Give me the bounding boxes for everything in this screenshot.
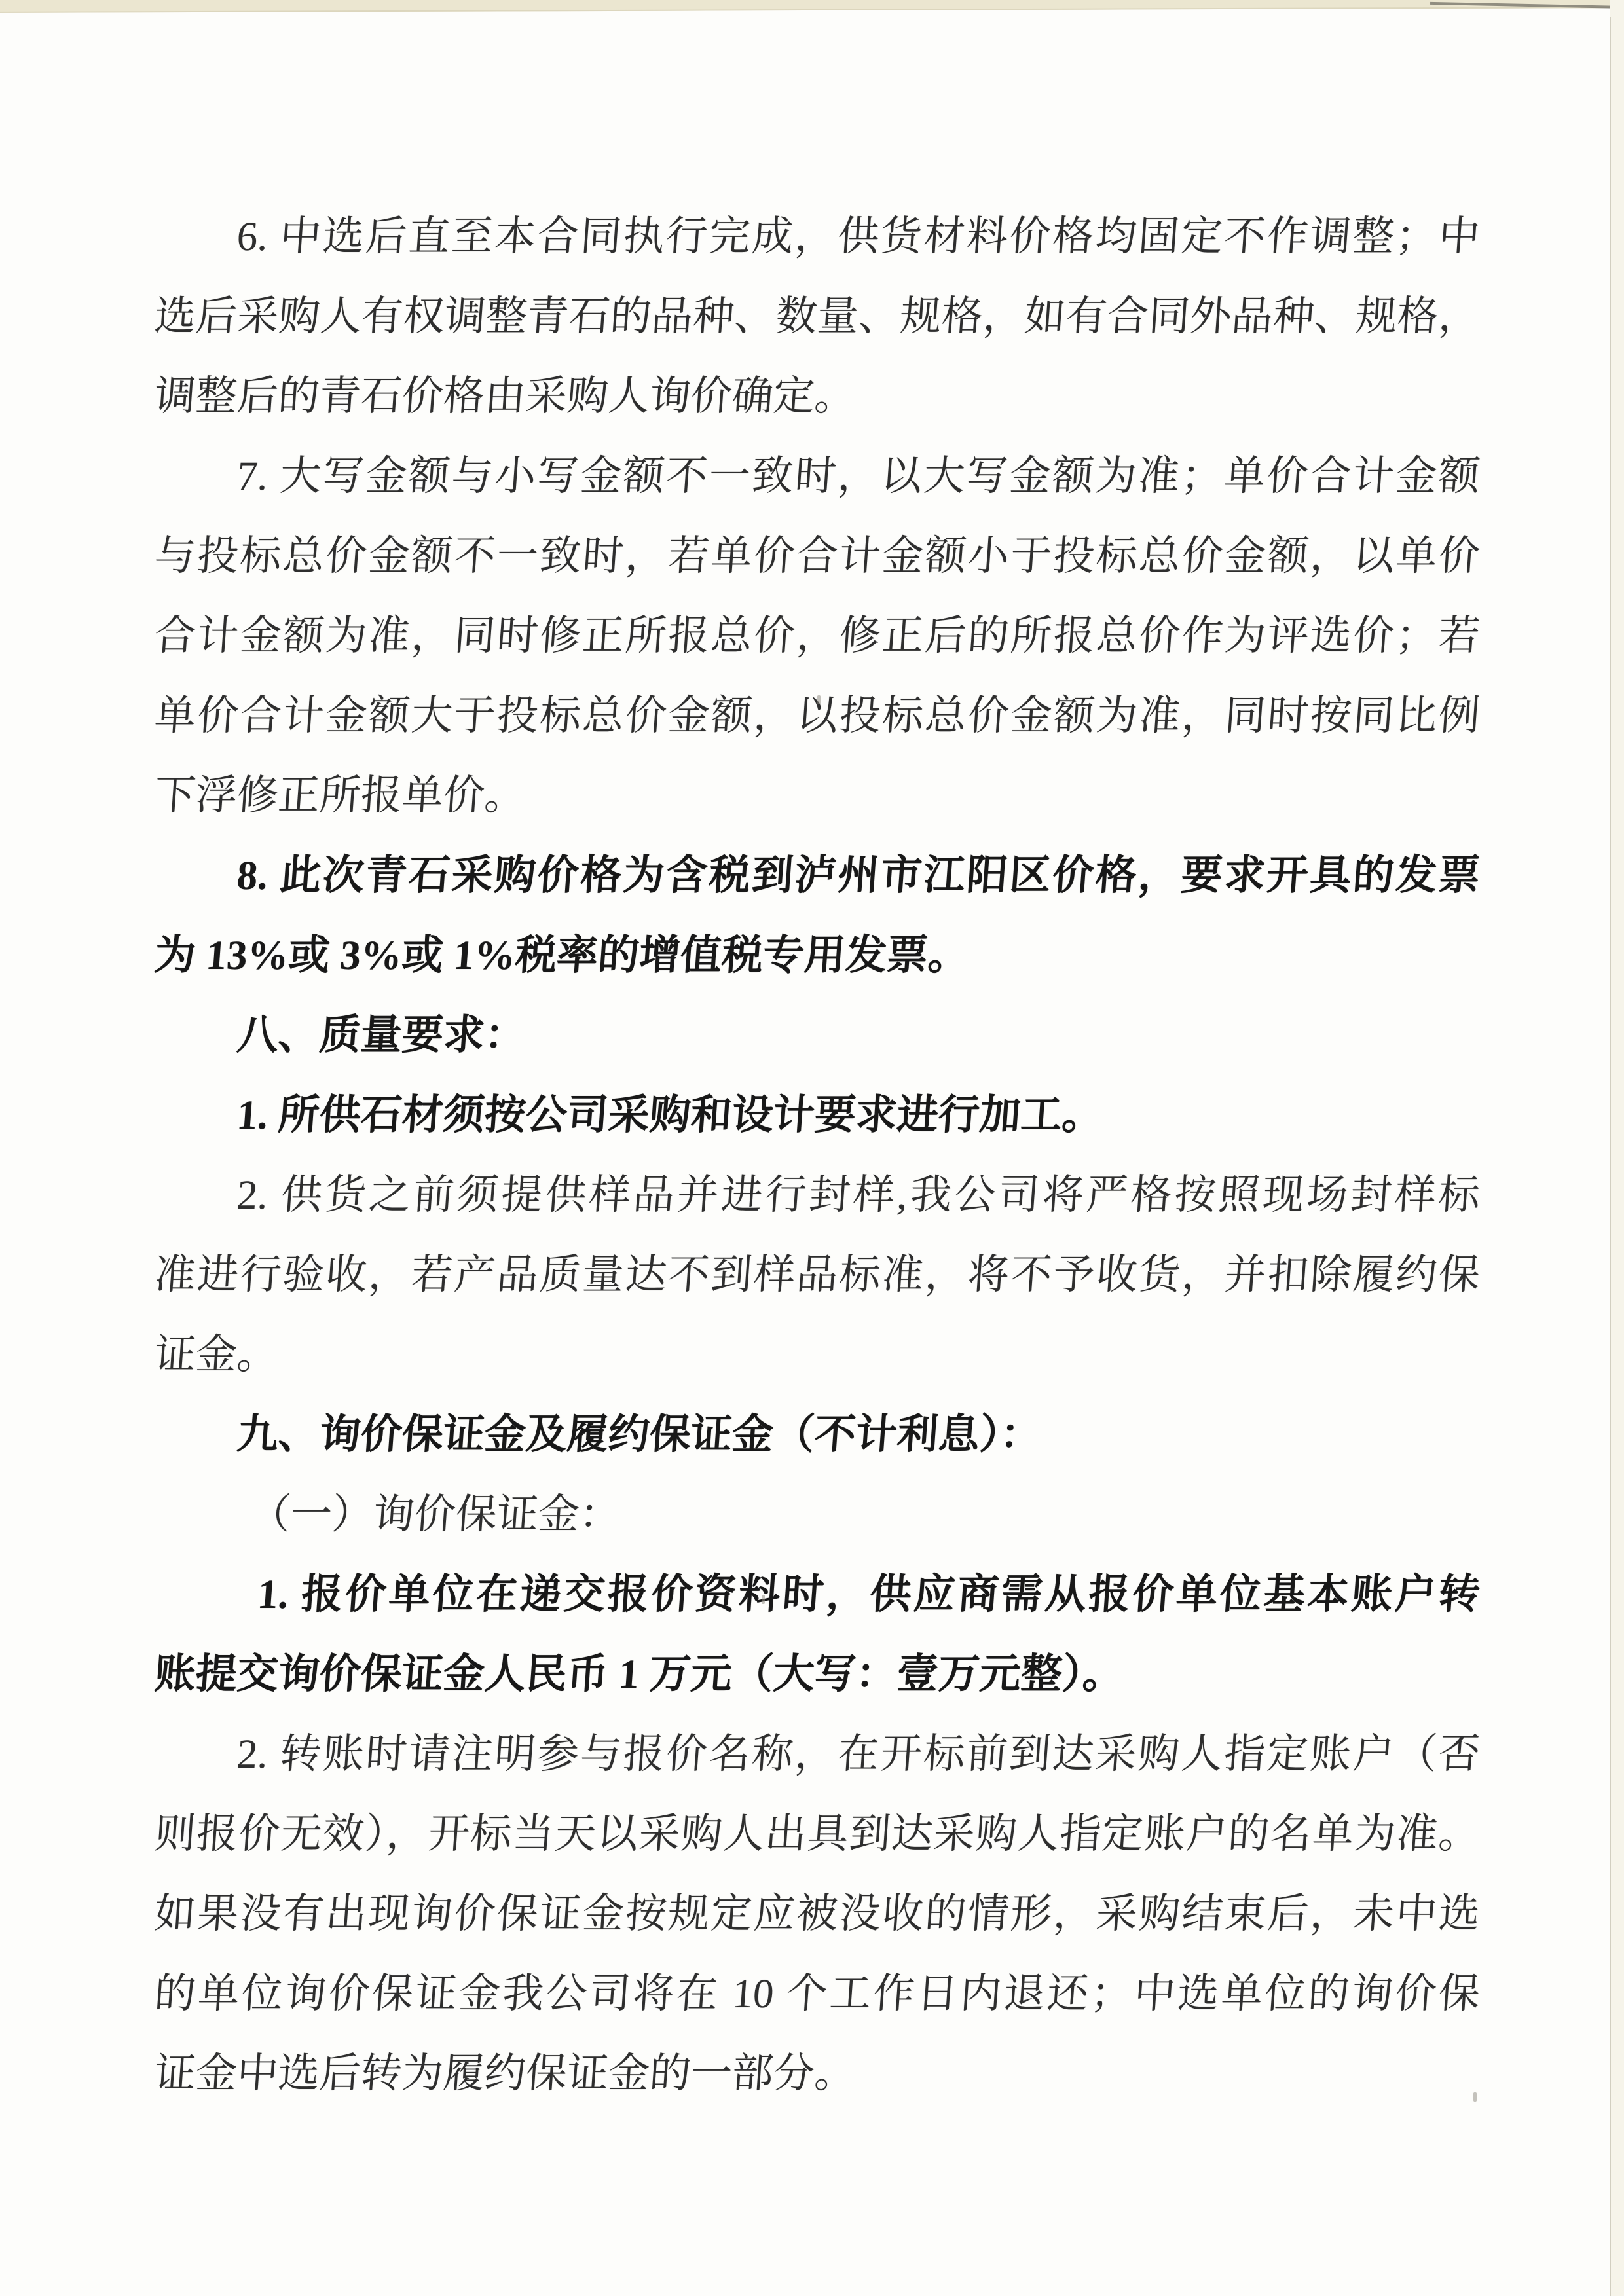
page-edge-line [1610,17,1611,2296]
text-line-deposit-item-2-1: 2. 转账时请注明参与报价名称，在开标前到达采购人指定账户（否 [152,1714,1483,1794]
text-line-clause-6-3: 调整后的青石价格由采购人询价确定。 [152,356,1483,436]
text-line-quality-item-2-2: 准进行验收，若产品质量达不到样品标准，将不予收货，并扣除履约保 [152,1235,1483,1315]
text-line-clause-6-2: 选后采购人有权调整青石的品种、数量、规格，如有合同外品种、规格， [152,276,1483,356]
text-line-clause-8-2: 为 13%或 3%或 1%税率的增值税专用发票。 [152,915,1483,995]
text-line-deposit-item-1-2: 账提交询价保证金人民币 1 万元（大写：壹万元整）。 [152,1634,1483,1714]
page-edge-band [1610,0,1624,2296]
text-line-clause-7-5: 下浮修正所报单价。 [152,756,1483,835]
scan-speck [762,1595,765,1604]
scan-speck [1473,2092,1477,2102]
document-text-block: 6. 中选后直至本合同执行完成，供货材料价格均固定不作调整；中选后采购人有权调整… [155,196,1480,2113]
text-line-clause-7-3: 合计金额为准，同时修正所报总价，修正后的所报总价作为评选价；若 [152,596,1483,676]
text-line-deposit-item-2-4: 的单位询价保证金我公司将在 10 个工作日内退还；中选单位的询价保 [152,1954,1483,2033]
text-line-deposit-item-1-1: 1. 报价单位在递交报价资料时，供应商需从报价单位基本账户转 [152,1554,1483,1634]
text-line-clause-7-4: 单价合计金额大于投标总价金额，以投标总价金额为准，同时按同比例 [152,676,1483,756]
text-line-clause-7-1: 7. 大写金额与小写金额不一致时，以大写金额为准；单价合计金额 [152,436,1483,516]
scanner-edge-strip [0,0,1624,13]
scan-speck [817,695,821,704]
text-line-section-9-heading-1: 九、询价保证金及履约保证金（不计利息）： [152,1394,1483,1474]
text-line-clause-6-1: 6. 中选后直至本合同执行完成，供货材料价格均固定不作调整；中 [152,196,1483,276]
text-line-quality-item-1-1: 1. 所供石材须按公司采购和设计要求进行加工。 [152,1075,1483,1155]
text-line-clause-8-1: 8. 此次青石采购价格为含税到泸州市江阳区价格，要求开具的发票 [152,835,1483,915]
text-line-subsection-9-1-heading-1: （一）询价保证金： [152,1474,1483,1554]
text-line-section-8-heading-1: 八、质量要求： [152,995,1483,1075]
scanned-document-page: 6. 中选后直至本合同执行完成，供货材料价格均固定不作调整；中选后采购人有权调整… [0,0,1624,2296]
text-line-quality-item-2-3: 证金。 [152,1315,1483,1394]
text-line-clause-7-2: 与投标总价金额不一致时，若单价合计金额小于投标总价金额，以单价 [152,516,1483,596]
text-line-deposit-item-2-3: 如果没有出现询价保证金按规定应被没收的情形，采购结束后，未中选 [152,1874,1483,1954]
text-line-deposit-item-2-2: 则报价无效），开标当天以采购人出具到达采购人指定账户的名单为准。 [152,1794,1483,1874]
text-line-deposit-item-2-5: 证金中选后转为履约保证金的一部分。 [152,2033,1483,2113]
text-line-quality-item-2-1: 2. 供货之前须提供样品并进行封样,我公司将严格按照现场封样标 [152,1155,1483,1235]
